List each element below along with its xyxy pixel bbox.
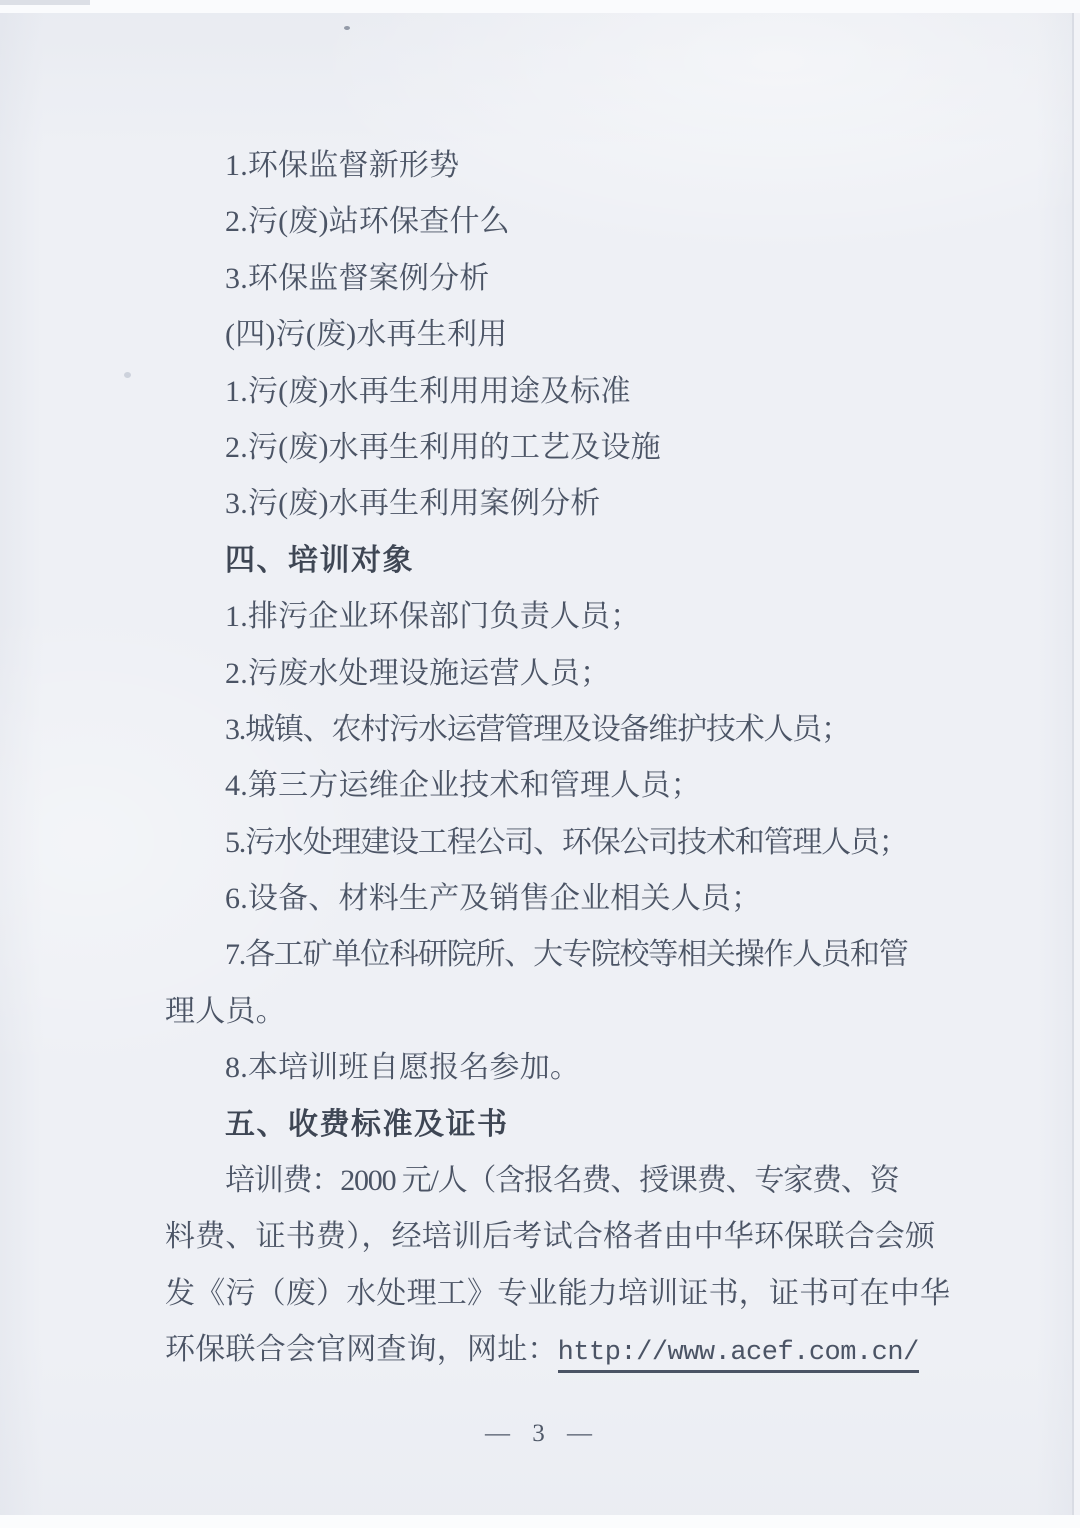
scan-corner-artifact xyxy=(0,0,90,5)
page-number: — 3 — xyxy=(0,1420,1080,1448)
list-item-line: 2.污(废)站环保查什么 xyxy=(165,194,927,250)
section-heading-fees-certificate: 五、收费标准及证书 xyxy=(165,1097,927,1153)
list-item-line: (四)污(废)水再生利用 xyxy=(165,307,927,363)
continuation-line: 发《污（废）水处理工》专业能力培训证书，证书可在中华 xyxy=(165,1266,927,1322)
list-item-line: 1.环保监督新形势 xyxy=(165,138,927,194)
list-item-line: 1.污(废)水再生利用用途及标准 xyxy=(165,364,927,420)
paragraph-line: 培训费：2000 元/人（含报名费、授课费、专家费、资 xyxy=(165,1153,927,1209)
list-item-line: 5.污水处理建设工程公司、环保公司技术和管理人员； xyxy=(165,815,927,871)
continuation-line: 理人员。 xyxy=(165,984,927,1040)
scan-dot-artifact xyxy=(344,26,350,30)
list-item-line: 4.第三方运维企业技术和管理人员； xyxy=(165,758,927,814)
scan-edge-top xyxy=(0,0,1080,13)
scanned-document-page: 1.环保监督新形势 2.污(废)站环保查什么 3.环保监督案例分析 (四)污(废… xyxy=(0,0,1080,1528)
scan-dot-artifact xyxy=(124,372,131,378)
scan-edge-right xyxy=(1072,13,1080,1515)
acef-website-link: http://www.acef.com.cn/ xyxy=(558,1338,919,1373)
list-item-line: 1.排污企业环保部门负责人员； xyxy=(165,589,927,645)
website-label-text: 环保联合会官网查询，网址： xyxy=(165,1333,558,1366)
continuation-line: 料费、证书费），经培训后考试合格者由中华环保联合会颁 xyxy=(165,1209,927,1265)
scan-edge-bottom xyxy=(0,1515,1080,1528)
list-item-line: 3.污(废)水再生利用案例分析 xyxy=(165,476,927,532)
list-item-line: 3.环保监督案例分析 xyxy=(165,251,927,307)
list-item-line: 2.污(废)水再生利用的工艺及设施 xyxy=(165,420,927,476)
list-item-line: 8.本培训班自愿报名参加。 xyxy=(165,1040,927,1096)
website-line: 环保联合会官网查询，网址：http://www.acef.com.cn/ xyxy=(165,1322,927,1378)
list-item-line: 6.设备、材料生产及销售企业相关人员； xyxy=(165,871,927,927)
section-heading-training-targets: 四、培训对象 xyxy=(165,533,927,589)
list-item-line: 3.城镇、农村污水运营管理及设备维护技术人员； xyxy=(165,702,927,758)
document-body: 1.环保监督新形势 2.污(废)站环保查什么 3.环保监督案例分析 (四)污(废… xyxy=(165,138,927,1379)
list-item-line: 7.各工矿单位科研院所、大专院校等相关操作人员和管 xyxy=(165,927,927,983)
list-item-line: 2.污废水处理设施运营人员； xyxy=(165,646,927,702)
